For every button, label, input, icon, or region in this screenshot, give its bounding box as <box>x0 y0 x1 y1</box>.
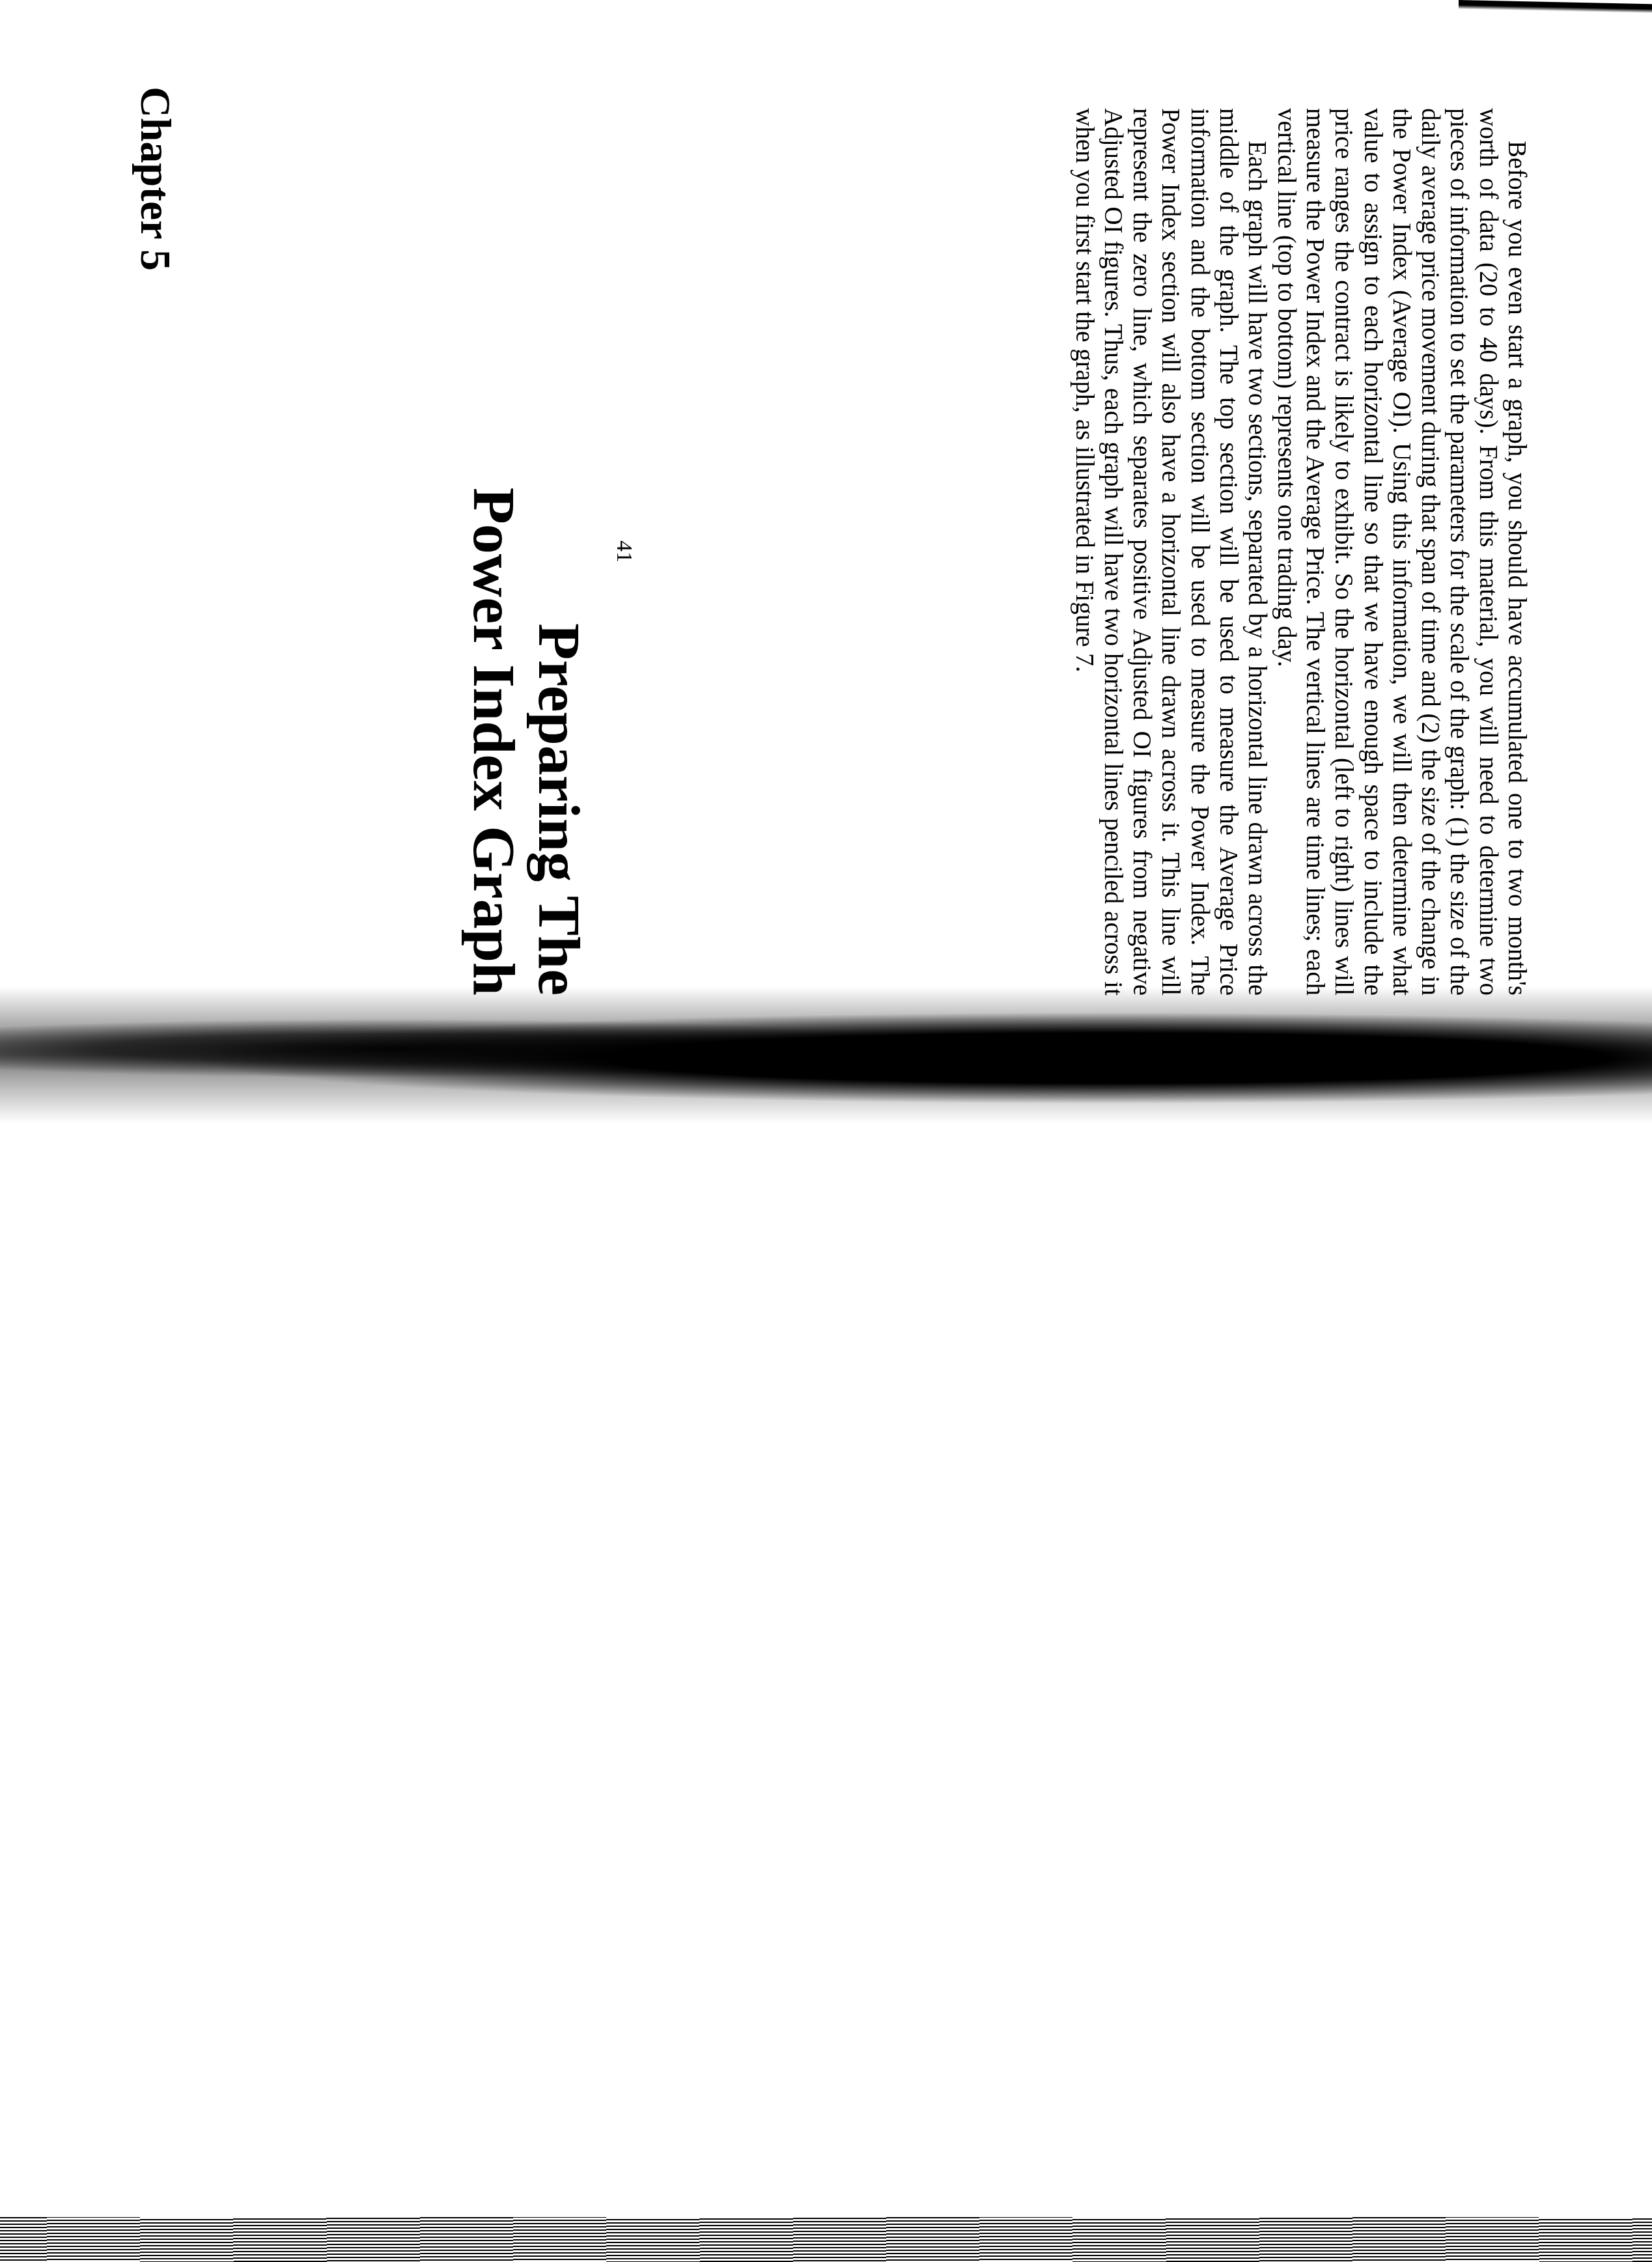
book-gutter-shadow <box>0 986 1652 1123</box>
chapter-title-line-1: Preparing The <box>527 433 592 996</box>
paragraph: Before you even start a graph, you shoul… <box>1271 108 1531 996</box>
scan-artifact-lines-bottom <box>0 2217 1652 2262</box>
chapter-title-line-2: Power Index Graph <box>462 433 527 996</box>
page-number: 41 <box>612 540 636 570</box>
scan-edge-artifact-top <box>1459 0 1652 13</box>
chapter-label: Chapter 5 <box>130 87 180 317</box>
chapter-title: Preparing The Power Index Graph <box>462 433 592 996</box>
body-text: Before you even start a graph, you shoul… <box>743 108 1531 996</box>
paragraph: Each graph will have two sections, separ… <box>1069 108 1271 996</box>
